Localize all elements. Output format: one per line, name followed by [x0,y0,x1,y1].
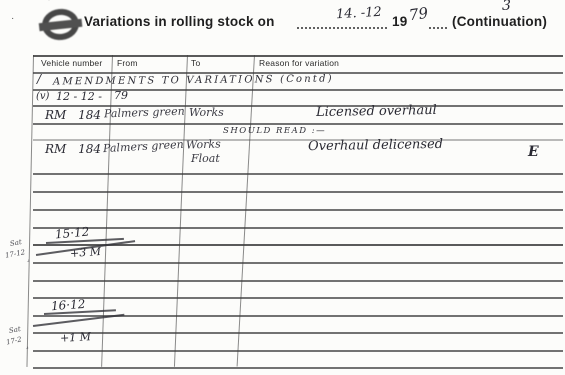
table-rule [33,209,563,211]
table-rule [33,332,563,334]
table-rule [33,297,563,299]
correction-note: SHOULD READ :— [223,126,326,136]
column-rule-from [101,55,113,367]
table-rule [33,139,563,141]
table-rule [33,173,563,175]
margin-note-arrow: › [25,344,30,352]
column-header-to: To [191,58,200,68]
column-header-reason: Reason for variation [259,58,339,68]
column-header-vehicle-number: Vehicle number [41,58,102,68]
entry-to: Works [186,137,221,151]
scanned-form-page: · ’ Variations in rolling stock on 14. -… [0,0,565,375]
date-row-date: 12 - 12 - [56,90,102,103]
entry-to: Works [189,106,224,119]
annotation-delta: +3 M [70,245,102,260]
annotation-delta: +1 M [60,330,92,345]
form-title: Variations in rolling stock on [84,14,275,29]
year-dotted-line [429,27,447,29]
entry-flag: E [528,144,539,160]
column-rule-reason [237,55,256,367]
page-number: 3 [502,0,511,14]
column-rule-to [174,55,188,367]
continuation-label: (Continuation) [452,14,547,29]
table-left-border [26,55,34,367]
date-dotted-line [297,27,387,29]
entry-vehicle-number: RM 184 [45,142,101,156]
date-row-year: 79 [114,89,128,102]
entry-vehicle-number: RM 184 [45,108,101,122]
table-rule [33,191,563,193]
entry-reason: Overhaul delicensed [308,137,443,154]
variations-table [33,55,563,367]
stray-tick-mark: ’ [48,0,50,8]
table-rule [33,280,563,282]
table-rule [33,89,563,91]
date-handwritten: 14. -12 [336,5,382,22]
entry-to-line2: Float [191,152,220,165]
table-rule [33,350,563,352]
date-row-prefix: (v) [36,91,49,102]
year-prefix: 19 [392,14,407,29]
margin-note-day: Sat [9,238,22,248]
margin-note-date: 17-2 [5,335,22,346]
annotation-date: 15·12 [54,225,89,242]
stray-dot-mark: · [11,13,14,24]
margin-note-arrow: › [26,257,31,265]
column-header-from: From [117,58,138,68]
table-rule [33,227,563,229]
entry-reason: Licensed overhaul [316,103,437,120]
amendments-tick-mark: / [37,72,41,86]
margin-note-date: 17-12 [4,248,25,259]
year-handwritten: 79 [408,4,429,24]
margin-note-day: Sat [8,325,21,335]
table-rule [33,123,563,125]
table-rule [33,262,563,264]
table-rule [33,367,563,369]
london-transport-roundel-logo [40,7,80,42]
